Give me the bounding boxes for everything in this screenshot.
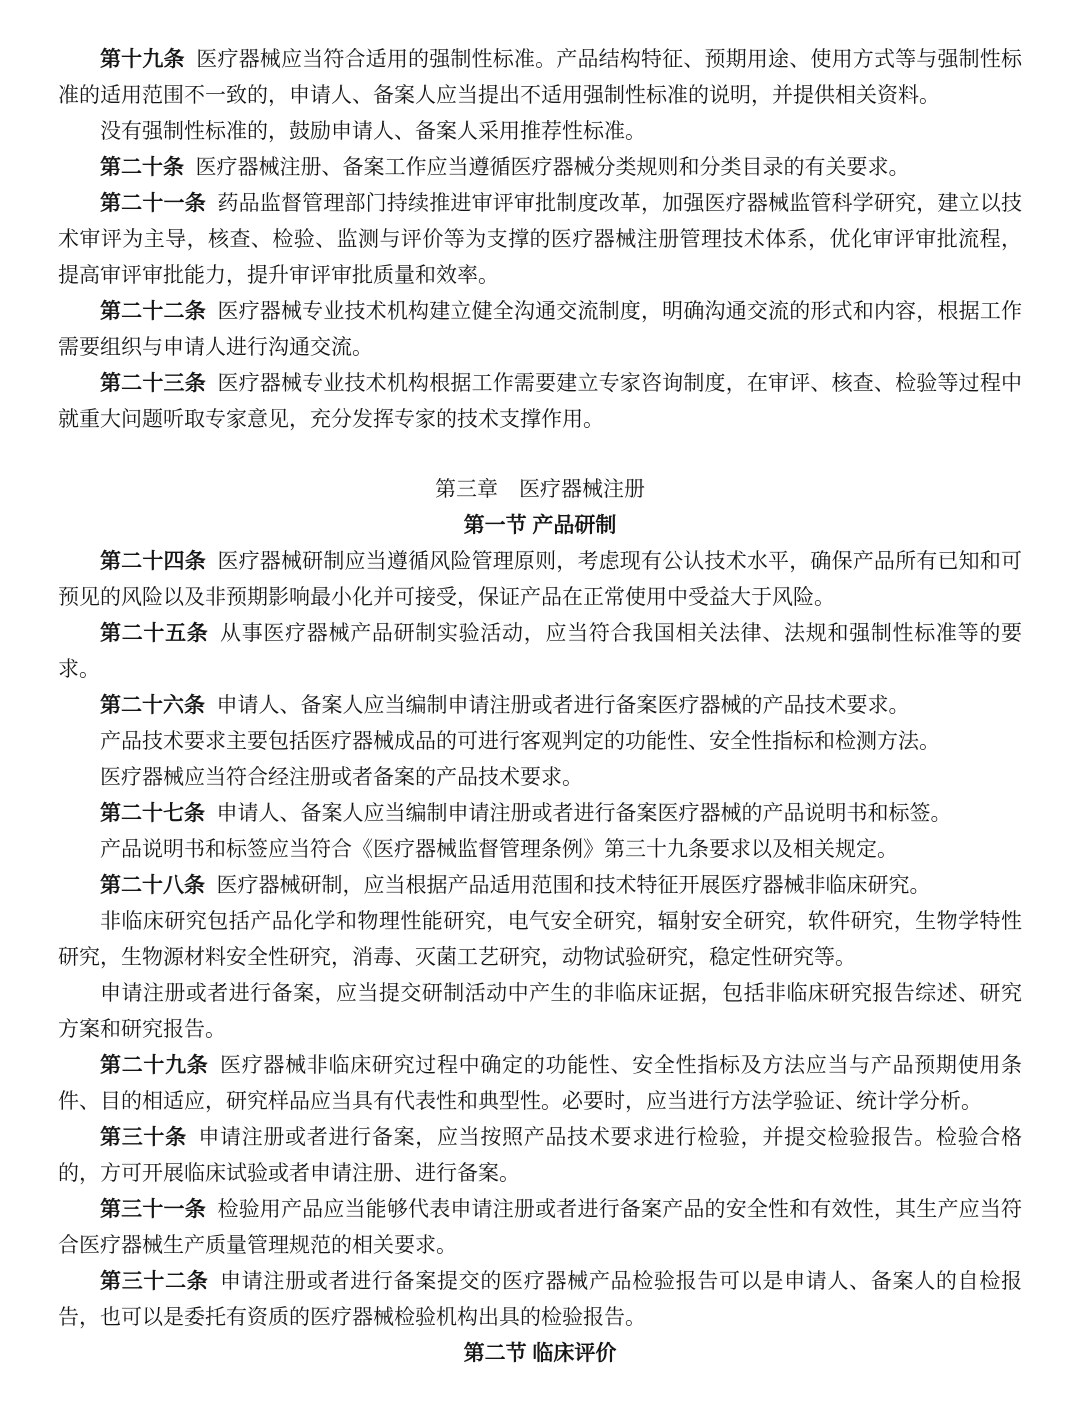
body-paragraph: 产品说明书和标签应当符合《医疗器械监督管理条例》第三十九条要求以及相关规定。 bbox=[58, 832, 1022, 868]
article-paragraph: 第二十三条医疗器械专业技术机构根据工作需要建立专家咨询制度，在审评、核查、检验等… bbox=[58, 366, 1022, 438]
article-paragraph: 第二十九条医疗器械非临床研究过程中确定的功能性、安全性指标及方法应当与产品预期使… bbox=[58, 1048, 1022, 1120]
body-paragraph: 非临床研究包括产品化学和物理性能研究，电气安全研究，辐射安全研究，软件研究，生物… bbox=[58, 904, 1022, 976]
article-number: 第二十七条 bbox=[100, 802, 205, 825]
article-number: 第二十九条 bbox=[100, 1054, 208, 1077]
article-paragraph: 第二十二条医疗器械专业技术机构建立健全沟通交流制度，明确沟通交流的形式和内容，根… bbox=[58, 294, 1022, 366]
article-number: 第三十条 bbox=[100, 1126, 187, 1149]
article-number: 第二十一条 bbox=[100, 192, 206, 215]
article-paragraph: 第十九条医疗器械应当符合适用的强制性标准。产品结构特征、预期用途、使用方式等与强… bbox=[58, 42, 1022, 114]
section-heading: 第一节 产品研制 bbox=[58, 508, 1022, 544]
article-text: 医疗器械注册、备案工作应当遵循医疗器械分类规则和分类目录的有关要求。 bbox=[196, 156, 910, 179]
document-page: 第十九条医疗器械应当符合适用的强制性标准。产品结构特征、预期用途、使用方式等与强… bbox=[0, 0, 1080, 1412]
article-paragraph: 第二十五条从事医疗器械产品研制实验活动，应当符合我国相关法律、法规和强制性标准等… bbox=[58, 616, 1022, 688]
article-paragraph: 第二十条医疗器械注册、备案工作应当遵循医疗器械分类规则和分类目录的有关要求。 bbox=[58, 150, 1022, 186]
article-number: 第二十三条 bbox=[100, 372, 206, 395]
article-paragraph: 第二十八条医疗器械研制，应当根据产品适用范围和技术特征开展医疗器械非临床研究。 bbox=[58, 868, 1022, 904]
article-paragraph: 第三十条申请注册或者进行备案，应当按照产品技术要求进行检验，并提交检验报告。检验… bbox=[58, 1120, 1022, 1192]
body-paragraph: 没有强制性标准的，鼓励申请人、备案人采用推荐性标准。 bbox=[58, 114, 1022, 150]
article-number: 第三十一条 bbox=[100, 1198, 206, 1221]
article-text: 医疗器械应当符合适用的强制性标准。产品结构特征、预期用途、使用方式等与强制性标准… bbox=[58, 48, 1022, 107]
article-number: 第二十四条 bbox=[100, 550, 206, 573]
section-heading: 第二节 临床评价 bbox=[58, 1336, 1022, 1372]
article-text: 申请人、备案人应当编制申请注册或者进行备案医疗器械的产品技术要求。 bbox=[217, 694, 910, 717]
article-paragraph: 第二十一条药品监督管理部门持续推进审评审批制度改革，加强医疗器械监管科学研究，建… bbox=[58, 186, 1022, 294]
article-number: 第三十二条 bbox=[100, 1270, 208, 1293]
body-paragraph: 申请注册或者进行备案，应当提交研制活动中产生的非临床证据，包括非临床研究报告综述… bbox=[58, 976, 1022, 1048]
article-text: 申请注册或者进行备案，应当按照产品技术要求进行检验，并提交检验报告。检验合格的，… bbox=[58, 1126, 1022, 1185]
article-number: 第二十二条 bbox=[100, 300, 206, 323]
article-paragraph: 第三十二条申请注册或者进行备案提交的医疗器械产品检验报告可以是申请人、备案人的自… bbox=[58, 1264, 1022, 1336]
document-body: 第十九条医疗器械应当符合适用的强制性标准。产品结构特征、预期用途、使用方式等与强… bbox=[58, 42, 1022, 1372]
article-paragraph: 第三十一条检验用产品应当能够代表申请注册或者进行备案产品的安全性和有效性，其生产… bbox=[58, 1192, 1022, 1264]
article-paragraph: 第二十七条申请人、备案人应当编制申请注册或者进行备案医疗器械的产品说明书和标签。 bbox=[58, 796, 1022, 832]
article-number: 第二十条 bbox=[100, 156, 184, 179]
article-text: 申请人、备案人应当编制申请注册或者进行备案医疗器械的产品说明书和标签。 bbox=[217, 802, 952, 825]
article-number: 第二十八条 bbox=[100, 874, 205, 897]
article-number: 第二十六条 bbox=[100, 694, 205, 717]
article-number: 第十九条 bbox=[100, 48, 185, 71]
body-paragraph: 医疗器械应当符合经注册或者备案的产品技术要求。 bbox=[58, 760, 1022, 796]
article-paragraph: 第二十六条申请人、备案人应当编制申请注册或者进行备案医疗器械的产品技术要求。 bbox=[58, 688, 1022, 724]
chapter-heading: 第三章 医疗器械注册 bbox=[58, 472, 1022, 508]
body-paragraph: 产品技术要求主要包括医疗器械成品的可进行客观判定的功能性、安全性指标和检测方法。 bbox=[58, 724, 1022, 760]
article-text: 医疗器械研制，应当根据产品适用范围和技术特征开展医疗器械非临床研究。 bbox=[217, 874, 931, 897]
article-number: 第二十五条 bbox=[100, 622, 208, 645]
article-paragraph: 第二十四条医疗器械研制应当遵循风险管理原则，考虑现有公认技术水平，确保产品所有已… bbox=[58, 544, 1022, 616]
